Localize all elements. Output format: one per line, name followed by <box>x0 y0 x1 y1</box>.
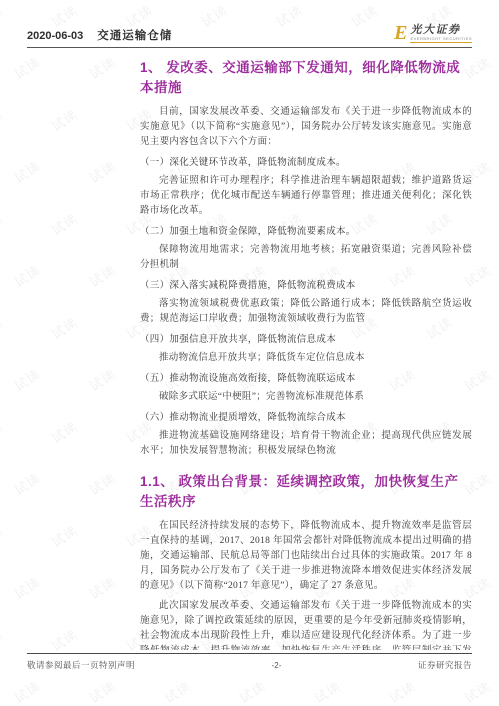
everbright-logo: E 光大证券 EVERBRIGHT SECURITIES <box>394 24 472 43</box>
watermark-text: 试读 <box>385 676 419 706</box>
watermark-text: 试读 <box>0 208 6 239</box>
list-item-6-head: （六）推动物流业提质增效，降低物流综合成本 <box>140 411 472 426</box>
footer-report-type: 证券研究报告 <box>418 659 472 671</box>
list-item-3-head: （三）深入落实减税降费措施，降低物流税费成本 <box>140 279 472 294</box>
section-1-1-para-1: 在国民经济持续发展的态势下，降低物流成本、提升物流效率是监管层一直保持的基调，2… <box>140 519 472 594</box>
watermark-text: 试读 <box>85 572 119 603</box>
watermark-text: 试读 <box>47 416 81 447</box>
list-item-2-head: （二）加强土地和资金保障，降低物流要素成本。 <box>140 225 472 240</box>
page-footer: 敬请参阅最后一页特别声明 -2- 证券研究报告 <box>27 653 472 671</box>
watermark-text: 试读 <box>160 676 194 706</box>
list-item-6-body: 推进物流基础设施网络建设；培育骨干物流企业；提高现代供应链发展水平；加快发展智慧… <box>140 429 472 459</box>
page-number: -2- <box>272 661 282 670</box>
watermark-text: 试读 <box>10 676 44 706</box>
report-page: 试读试读试读试读试读试读试读试读试读试读试读试读试读试读试读试读试读试读试读试读… <box>0 0 499 706</box>
list-item-5-head: （五）推动物流设施高效衔接，降低物流联运成本 <box>140 372 472 387</box>
watermark-text: 试读 <box>10 364 44 395</box>
watermark-text: 试读 <box>460 676 494 706</box>
watermark-text: 试读 <box>47 520 81 551</box>
industry-category: 交通运输仓储 <box>97 27 172 43</box>
logo-text-block: 光大证券 EVERBRIGHT SECURITIES <box>410 24 472 43</box>
watermark-text: 试读 <box>0 624 6 655</box>
section-1-1-para-2: 此次国家发展改革委、交通运输部发布《关于进一步降低物流成本的实施意见》，除了调控… <box>140 599 472 650</box>
watermark-text: 试读 <box>47 104 81 135</box>
watermark-text: 试读 <box>10 572 44 603</box>
list-item-1-body: 完善证照和许可办理程序；科学推进治理车辆超限超载；维护道路货运市场正常秩序；优化… <box>140 174 472 219</box>
watermark-text: 试读 <box>0 104 6 135</box>
watermark-text: 试读 <box>85 676 119 706</box>
watermark-text: 试读 <box>85 260 119 291</box>
list-item-5-body: 破除多式联运“中梗阻”；完善物流标准规范体系 <box>140 390 472 405</box>
footer-disclaimer: 敬请参阅最后一页特别声明 <box>27 659 135 671</box>
watermark-text: 试读 <box>0 0 6 31</box>
logo-company-subtitle: EVERBRIGHT SECURITIES <box>410 36 472 43</box>
watermark-text: 试读 <box>235 676 269 706</box>
list-item-1-head: （一）深化关键环节改革，降低物流制度成本。 <box>140 156 472 171</box>
list-item-4-body: 推动物流信息开放共享；降低货车定位信息成本 <box>140 351 472 366</box>
watermark-text: 试读 <box>10 468 44 499</box>
watermark-text: 试读 <box>310 676 344 706</box>
header-left: 2020-06-03 交通运输仓储 <box>27 27 172 43</box>
list-item-4-head: （四）加强信息开放共享，降低物流信息成本 <box>140 333 472 348</box>
page-header: 2020-06-03 交通运输仓储 E 光大证券 EVERBRIGHT SECU… <box>27 24 472 48</box>
list-item-2-body: 保障物流用地需求；完善物流用地考核；拓宽融资渠道；完善风险补偿分担机制 <box>140 243 472 273</box>
watermark-text: 试读 <box>47 312 81 343</box>
watermark-text: 试读 <box>47 208 81 239</box>
watermark-text: 试读 <box>0 520 6 551</box>
section-1-intro: 目前，国家发展改革委、交通运输部发布《关于进一步降低物流成本的实施意见》（以下简… <box>140 105 472 150</box>
section-1-1-title: 1.1、 政策出台背景：延续调控政策，加快恢复生产生活秩序 <box>140 472 472 512</box>
watermark-text: 试读 <box>85 364 119 395</box>
watermark-text: 试读 <box>47 624 81 655</box>
watermark-text: 试读 <box>85 468 119 499</box>
watermark-text: 试读 <box>85 156 119 187</box>
watermark-text: 试读 <box>10 52 44 83</box>
section-1-title: 1、 发改委、交通运输部下发通知，细化降低物流成本措施 <box>140 58 472 98</box>
report-date: 2020-06-03 <box>27 30 83 42</box>
logo-e-icon: E <box>394 24 407 42</box>
list-item-3-body: 落实物流领域税费优惠政策；降低公路通行成本；降低铁路航空货运收费；规范海运口岸收… <box>140 297 472 327</box>
logo-company-name: 光大证券 <box>410 24 460 36</box>
watermark-text: 试读 <box>0 312 6 343</box>
watermark-text: 试读 <box>10 156 44 187</box>
watermark-text: 试读 <box>85 52 119 83</box>
watermark-text: 试读 <box>10 260 44 291</box>
watermark-text: 试读 <box>0 416 6 447</box>
report-body: 1、 发改委、交通运输部下发通知，细化降低物流成本措施 目前，国家发展改革委、交… <box>140 58 472 650</box>
